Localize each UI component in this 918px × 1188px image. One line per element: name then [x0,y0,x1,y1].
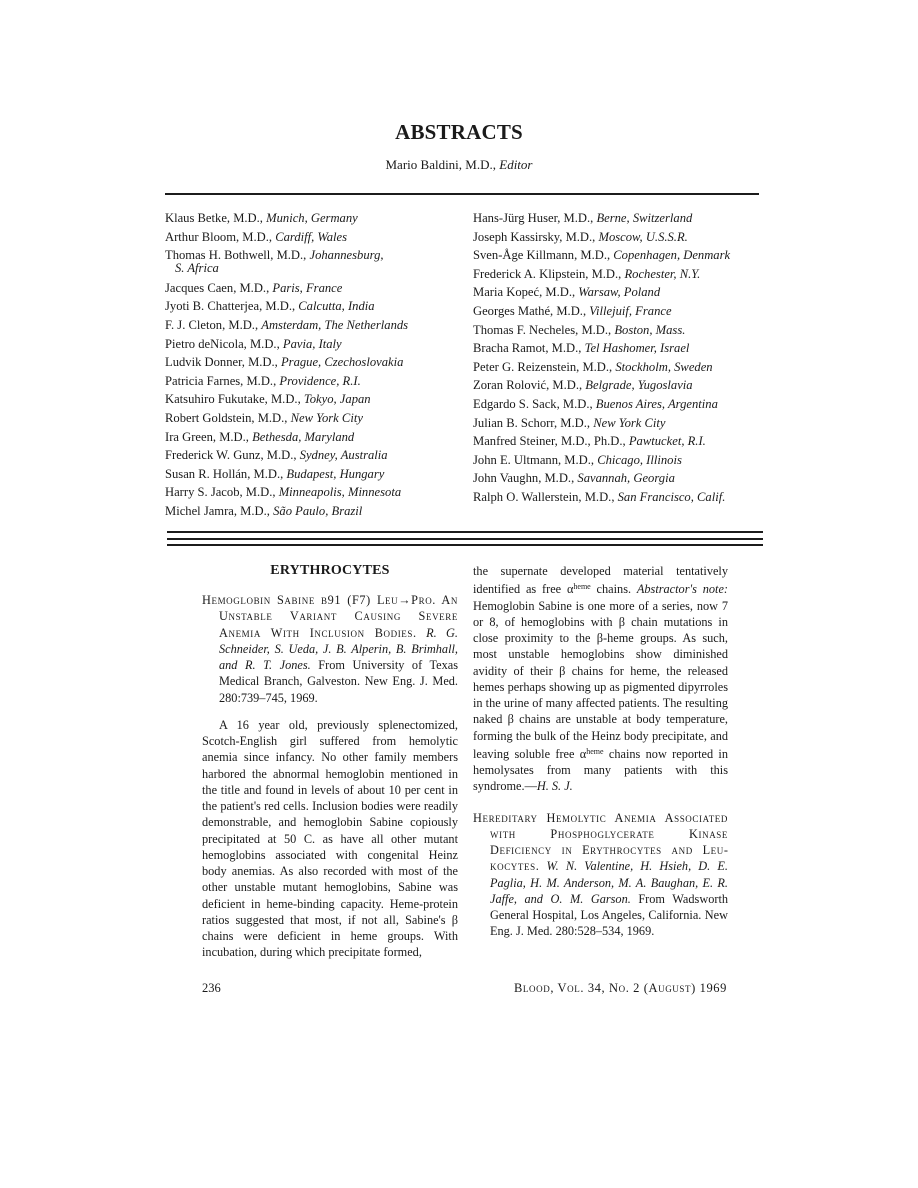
member-location: Pawtucket, R.I. [629,434,706,448]
abstractor-note-label: Abstractor's note: [637,582,728,596]
member-location: Savannah, Georgia [577,471,674,485]
section-rule-top [167,531,763,533]
board-member: Joseph Kassirsky, M.D., Moscow, U.S.S.R. [473,228,730,247]
member-location: New York City [291,411,363,425]
board-member: Pietro deNicola, M.D., Pavia, Italy [165,335,408,354]
board-member: F. J. Cleton, M.D., Amsterdam, The Nethe… [165,316,408,335]
board-member: Manfred Steiner, M.D., Ph.D., Pawtucket,… [473,432,730,451]
text-column-left: ERYTHROCYTES Hemoglobin Sabine β91 (F7) … [202,563,458,961]
board-member: Michel Jamra, M.D., São Paulo, Brazil [165,502,408,521]
board-member: Thomas F. Necheles, M.D., Boston, Mass. [473,321,730,340]
body-text: chains. [591,582,637,596]
board-member: Jacques Caen, M.D., Paris, France [165,279,408,298]
board-member: Sven-Åge Killmann, M.D., Copenhagen, Den… [473,246,730,265]
member-name: Sven-Åge Killmann, M.D., [473,248,610,262]
header-rule [165,193,759,195]
member-location: Warsaw, Poland [578,285,660,299]
board-member: Robert Goldstein, M.D., New York City [165,409,408,428]
member-location: Tel Hashomer, Israel [585,341,690,355]
board-member: Edgardo S. Sack, M.D., Buenos Aires, Arg… [473,395,730,414]
page-title: ABSTRACTS [0,120,918,145]
member-name: Joseph Kassirsky, M.D., [473,230,595,244]
member-location: Johannesburg, [309,248,383,262]
member-location: Bethesda, Maryland [252,430,354,444]
member-name: John Vaughn, M.D., [473,471,574,485]
member-location: Budapest, Hungary [286,467,384,481]
member-location: San Francisco, Calif. [618,490,726,504]
member-name: Jyoti B. Chatterjea, M.D., [165,299,295,313]
board-member: Harry S. Jacob, M.D., Minneapolis, Minne… [165,483,408,502]
board-member: Arthur Bloom, M.D., Cardiff, Wales [165,228,408,247]
member-location: Belgrade, Yugoslavia [585,378,692,392]
member-location: Sydney, Australia [300,448,388,462]
member-name: Robert Goldstein, M.D., [165,411,287,425]
board-member: Hans-Jürg Huser, M.D., Berne, Switzerlan… [473,209,730,228]
board-member: Julian B. Schorr, M.D., New York City [473,414,730,433]
member-name: Pietro deNicola, M.D., [165,337,280,351]
member-location: Cardiff, Wales [275,230,347,244]
abstract-body-text: A 16 year old, previously splenectomized… [202,717,458,961]
page-number: 236 [202,981,221,996]
abstract-citation-2: Hereditary Hemolytic Anemia Associ­ated … [473,810,728,940]
superscript: heme [573,582,590,591]
member-name: Ralph O. Wallerstein, M.D., [473,490,614,504]
board-member: John Vaughn, M.D., Savannah, Georgia [473,469,730,488]
member-location: Amsterdam, The Netherlands [261,318,408,332]
text-column-right: the supernate developed material tentati… [473,563,728,951]
member-location: Buenos Aires, Argentina [596,397,718,411]
member-location: Rochester, N.Y. [624,267,700,281]
member-location: Paris, France [272,281,342,295]
board-member: Maria Kopeć, M.D., Warsaw, Poland [473,283,730,302]
editor-line: Mario Baldini, M.D., Editor [0,157,918,173]
member-name: Harry S. Jacob, M.D., [165,485,276,499]
member-name: Susan R. Hollán, M.D., [165,467,283,481]
member-location: Munich, Germany [266,211,358,225]
journal-citation: Blood, Vol. 34, No. 2 (August) 1969 [481,981,727,996]
abstract-title: Hemoglobin Sabine β91 (F7) Leu→Pro. An U… [202,593,458,640]
abstract-body-continued: the supernate developed material tentati… [473,563,728,795]
member-location: Minneapolis, Minnesota [279,485,401,499]
board-member: Katsuhiro Fukutake, M.D., Tokyo, Japan [165,390,408,409]
board-member: Zoran Rolović, M.D., Belgrade, Yugoslavi… [473,376,730,395]
superscript: heme [586,747,603,756]
board-member: John E. Ultmann, M.D., Chicago, Illinois [473,451,730,470]
member-location: Stockholm, Sweden [615,360,712,374]
board-member: Bracha Ramot, M.D., Tel Hashomer, Israel [473,339,730,358]
abstractor-signature: H. S. J. [537,779,573,793]
board-member: Ira Green, M.D., Bethesda, Maryland [165,428,408,447]
board-member: Klaus Betke, M.D., Munich, Germany [165,209,408,228]
member-name: Klaus Betke, M.D., [165,211,263,225]
member-location: Pavia, Italy [283,337,342,351]
member-name: Maria Kopeć, M.D., [473,285,575,299]
editorial-board-left: Klaus Betke, M.D., Munich, GermanyArthur… [165,209,408,521]
member-name: Ira Green, M.D., [165,430,249,444]
editor-name: Mario Baldini, M.D., [386,157,497,172]
member-name: Georges Mathé, M.D., [473,304,586,318]
member-location: Berne, Switzerland [596,211,692,225]
editorial-board-right: Hans-Jürg Huser, M.D., Berne, Switzerlan… [473,209,730,507]
member-location: Boston, Mass. [614,323,685,337]
board-member: Peter G. Reizenstein, M.D., Stockholm, S… [473,358,730,377]
member-name: Katsuhiro Fukutake, M.D., [165,392,301,406]
board-member: Frederick A. Klipstein, M.D., Rochester,… [473,265,730,284]
member-location: Calcutta, India [298,299,374,313]
member-location: Villejuif, France [589,304,671,318]
abstract-body: A 16 year old, previously splenectomized… [202,717,458,961]
member-name: Peter G. Reizenstein, M.D., [473,360,612,374]
member-name: Hans-Jürg Huser, M.D., [473,211,593,225]
member-name: Patricia Farnes, M.D., [165,374,276,388]
member-name: Ludvik Donner, M.D., [165,355,278,369]
board-member: Susan R. Hollán, M.D., Budapest, Hungary [165,465,408,484]
board-member: Patricia Farnes, M.D., Providence, R.I. [165,372,408,391]
section-rule-middle [167,538,763,540]
abstract-citation-1: Hemoglobin Sabine β91 (F7) Leu→Pro. An U… [202,592,458,706]
member-name: Zoran Rolović, M.D., [473,378,582,392]
member-location: New York City [593,416,665,430]
member-name: Arthur Bloom, M.D., [165,230,272,244]
member-name: Bracha Ramot, M.D., [473,341,581,355]
editor-role: Editor [499,157,532,172]
member-name: Jacques Caen, M.D., [165,281,269,295]
board-member: Ralph O. Wallerstein, M.D., San Francisc… [473,488,730,507]
member-location: Chicago, Illinois [597,453,682,467]
section-rule-bottom [167,544,763,546]
member-name: Frederick W. Gunz, M.D., [165,448,297,462]
member-name: Frederick A. Klipstein, M.D., [473,267,621,281]
member-location: Tokyo, Japan [304,392,371,406]
board-member: Ludvik Donner, M.D., Prague, Czechoslova… [165,353,408,372]
member-location: Copenhagen, Denmark [613,248,730,262]
member-location: Prague, Czechoslovakia [281,355,403,369]
board-member: Jyoti B. Chatterjea, M.D., Calcutta, Ind… [165,297,408,316]
body-text: Hemoglobin Sabine is one more of a serie… [473,599,728,761]
member-location: São Paulo, Brazil [273,504,362,518]
member-name: F. J. Cleton, M.D., [165,318,258,332]
board-member: Frederick W. Gunz, M.D., Sydney, Austral… [165,446,408,465]
section-heading: ERYTHROCYTES [202,563,458,579]
board-member: Georges Mathé, M.D., Villejuif, France [473,302,730,321]
member-name: Michel Jamra, M.D., [165,504,270,518]
member-name: Julian B. Schorr, M.D., [473,416,590,430]
member-name: Manfred Steiner, M.D., Ph.D., [473,434,626,448]
member-name: Thomas F. Necheles, M.D., [473,323,611,337]
member-name: John E. Ultmann, M.D., [473,453,594,467]
member-location: Moscow, U.S.S.R. [598,230,687,244]
member-name: Edgardo S. Sack, M.D., [473,397,593,411]
member-location: Providence, R.I. [279,374,360,388]
